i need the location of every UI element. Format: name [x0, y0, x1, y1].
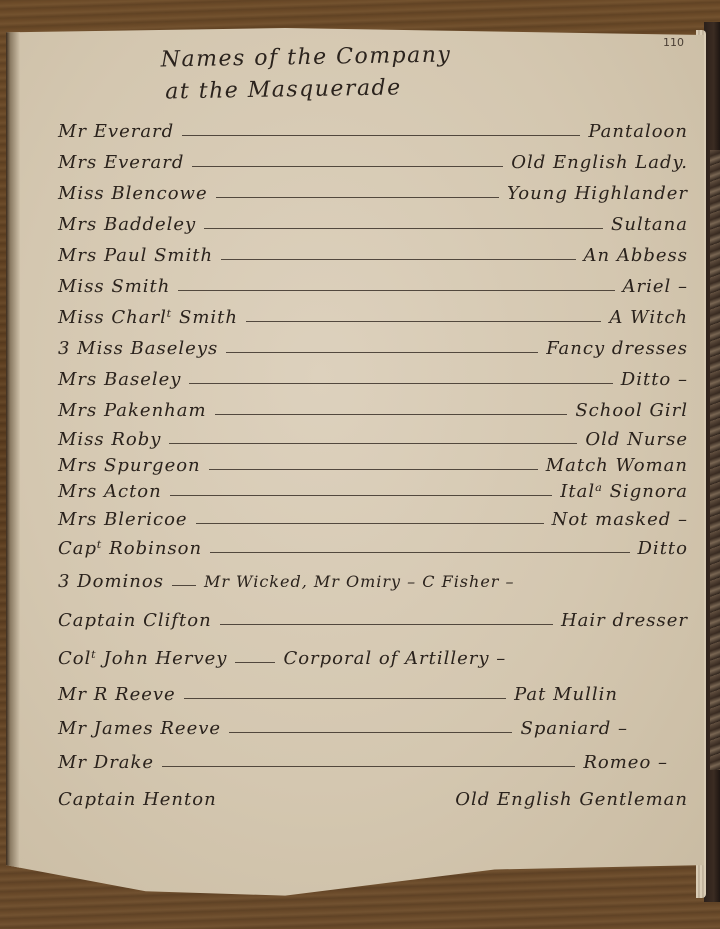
- costume: Old English Lady.: [511, 152, 688, 173]
- costume: School Girl: [575, 400, 688, 421]
- dash-rule: [196, 523, 544, 524]
- page-number: 110: [663, 36, 684, 49]
- costume: Old Nurse: [585, 429, 688, 450]
- list-item: Mr Everard Pantaloon: [58, 116, 688, 147]
- guest-name: Capᵗ Robinson: [58, 538, 202, 559]
- dash-rule: [172, 585, 196, 586]
- guest-name: Colᵗ John Hervey: [58, 648, 227, 669]
- list-item: Captain Henton Old English Gentleman: [58, 779, 688, 819]
- marbled-cover: [710, 150, 720, 770]
- guest-name: Miss Charlᵗ Smith: [58, 307, 238, 328]
- guest-name: Mrs Spurgeon: [58, 455, 201, 476]
- list-item: Mr Drake Romeo –: [58, 745, 688, 779]
- guest-name: Mrs Blericoe: [58, 509, 188, 530]
- guest-name: Miss Smith: [58, 276, 170, 297]
- dash-rule: [192, 166, 503, 167]
- list-item: Mrs Baseley Ditto –: [58, 364, 688, 395]
- list-item: Miss Roby Old Nurse: [58, 426, 688, 452]
- guest-name: Mrs Acton: [58, 481, 162, 502]
- dash-rule: [235, 662, 275, 663]
- costume: Romeo –: [583, 752, 668, 773]
- costume: Fancy dresses: [546, 338, 688, 359]
- guest-name: Mr Everard: [58, 121, 174, 142]
- book-gutter: [6, 28, 20, 900]
- list-item: Mrs Paul Smith An Abbess: [58, 240, 688, 271]
- title-line-2: at the Masquerade: [161, 71, 452, 108]
- title-line-1: Names of the Company: [161, 42, 452, 72]
- list-item: Miss Smith Ariel –: [58, 271, 688, 302]
- guest-name: Mrs Baseley: [58, 369, 181, 390]
- costume: Hair dresser: [561, 610, 688, 631]
- guest-name: Captain Clifton: [58, 610, 212, 631]
- costume: Ariel –: [623, 276, 689, 297]
- costume: Match Woman: [546, 455, 688, 476]
- dash-rule: [220, 624, 553, 625]
- dash-rule: [204, 228, 603, 229]
- costume: Ditto: [638, 538, 689, 559]
- list-item: Mrs Acton Italᵃ Signora: [58, 478, 688, 504]
- dash-rule: [226, 352, 538, 353]
- costume: Old English Gentleman: [455, 789, 688, 810]
- list-item: Capᵗ Robinson Ditto: [58, 535, 688, 561]
- dash-rule: [209, 469, 538, 470]
- guest-name: 3 Dominos: [58, 571, 164, 592]
- list-item: Mr James Reeve Spaniard –: [58, 711, 688, 745]
- list-item: Colᵗ John Hervey Corporal of Artillery –: [58, 639, 688, 677]
- costume: Spaniard –: [520, 718, 628, 739]
- dash-rule: [221, 259, 575, 260]
- list-item: 3 Miss Baseleys Fancy dresses: [58, 333, 688, 364]
- dash-rule: [246, 321, 601, 322]
- costume: Ditto –: [621, 369, 688, 390]
- costume: Italᵃ Signora: [560, 481, 688, 502]
- guest-name: Mr R Reeve: [58, 684, 176, 705]
- dash-rule: [184, 698, 506, 699]
- guest-name: Captain Henton: [58, 789, 217, 810]
- dash-rule: [210, 552, 629, 553]
- costume: Mr Wicked, Mr Omiry – C Fisher –: [204, 572, 515, 591]
- list-item: Mrs Spurgeon Match Woman: [58, 452, 688, 478]
- guest-name: Mrs Pakenham: [58, 400, 207, 421]
- guest-name: Mrs Baddeley: [58, 214, 196, 235]
- list-item: Miss Blencowe Young Highlander: [58, 178, 688, 209]
- dash-rule: [169, 443, 577, 444]
- dash-rule: [229, 732, 512, 733]
- guest-name: Mrs Paul Smith: [58, 245, 213, 266]
- list-item: Mr R Reeve Pat Mullin: [58, 677, 688, 711]
- dash-rule: [178, 290, 614, 291]
- list-item: Mrs Blericoe Not masked –: [58, 504, 688, 535]
- costume: Young Highlander: [507, 183, 688, 204]
- list-item: Mrs Baddeley Sultana: [58, 209, 688, 240]
- company-list: Mr Everard Pantaloon Mrs Everard Old Eng…: [58, 116, 688, 819]
- costume: Sultana: [611, 214, 688, 235]
- list-item: Captain Clifton Hair dresser: [58, 601, 688, 639]
- guest-name: Mr Drake: [58, 752, 154, 773]
- dash-rule: [170, 495, 553, 496]
- manuscript-page: 110 Names of the Company at the Masquera…: [6, 28, 704, 900]
- dash-rule: [216, 197, 499, 198]
- list-item: Miss Charlᵗ Smith A Witch: [58, 302, 688, 333]
- list-item: 3 Dominos Mr Wicked, Mr Omiry – C Fisher…: [58, 561, 688, 601]
- costume: An Abbess: [584, 245, 688, 266]
- dash-rule: [182, 135, 580, 136]
- guest-name: Mrs Everard: [58, 152, 184, 173]
- dash-rule: [215, 414, 568, 415]
- dash-rule: [189, 383, 612, 384]
- costume: Pantaloon: [588, 121, 688, 142]
- list-item: Mrs Everard Old English Lady.: [58, 147, 688, 178]
- costume: Corporal of Artillery –: [283, 648, 506, 669]
- guest-name: Mr James Reeve: [58, 718, 221, 739]
- page-title: Names of the Company at the Masquerade: [160, 39, 452, 108]
- guest-name: Miss Roby: [58, 429, 161, 450]
- guest-name: 3 Miss Baseleys: [58, 338, 218, 359]
- guest-name: Miss Blencowe: [58, 183, 208, 204]
- costume: Not masked –: [552, 509, 688, 530]
- costume: Pat Mullin: [514, 684, 618, 705]
- costume: A Witch: [609, 307, 688, 328]
- list-item: Mrs Pakenham School Girl: [58, 395, 688, 426]
- dash-rule: [162, 766, 575, 767]
